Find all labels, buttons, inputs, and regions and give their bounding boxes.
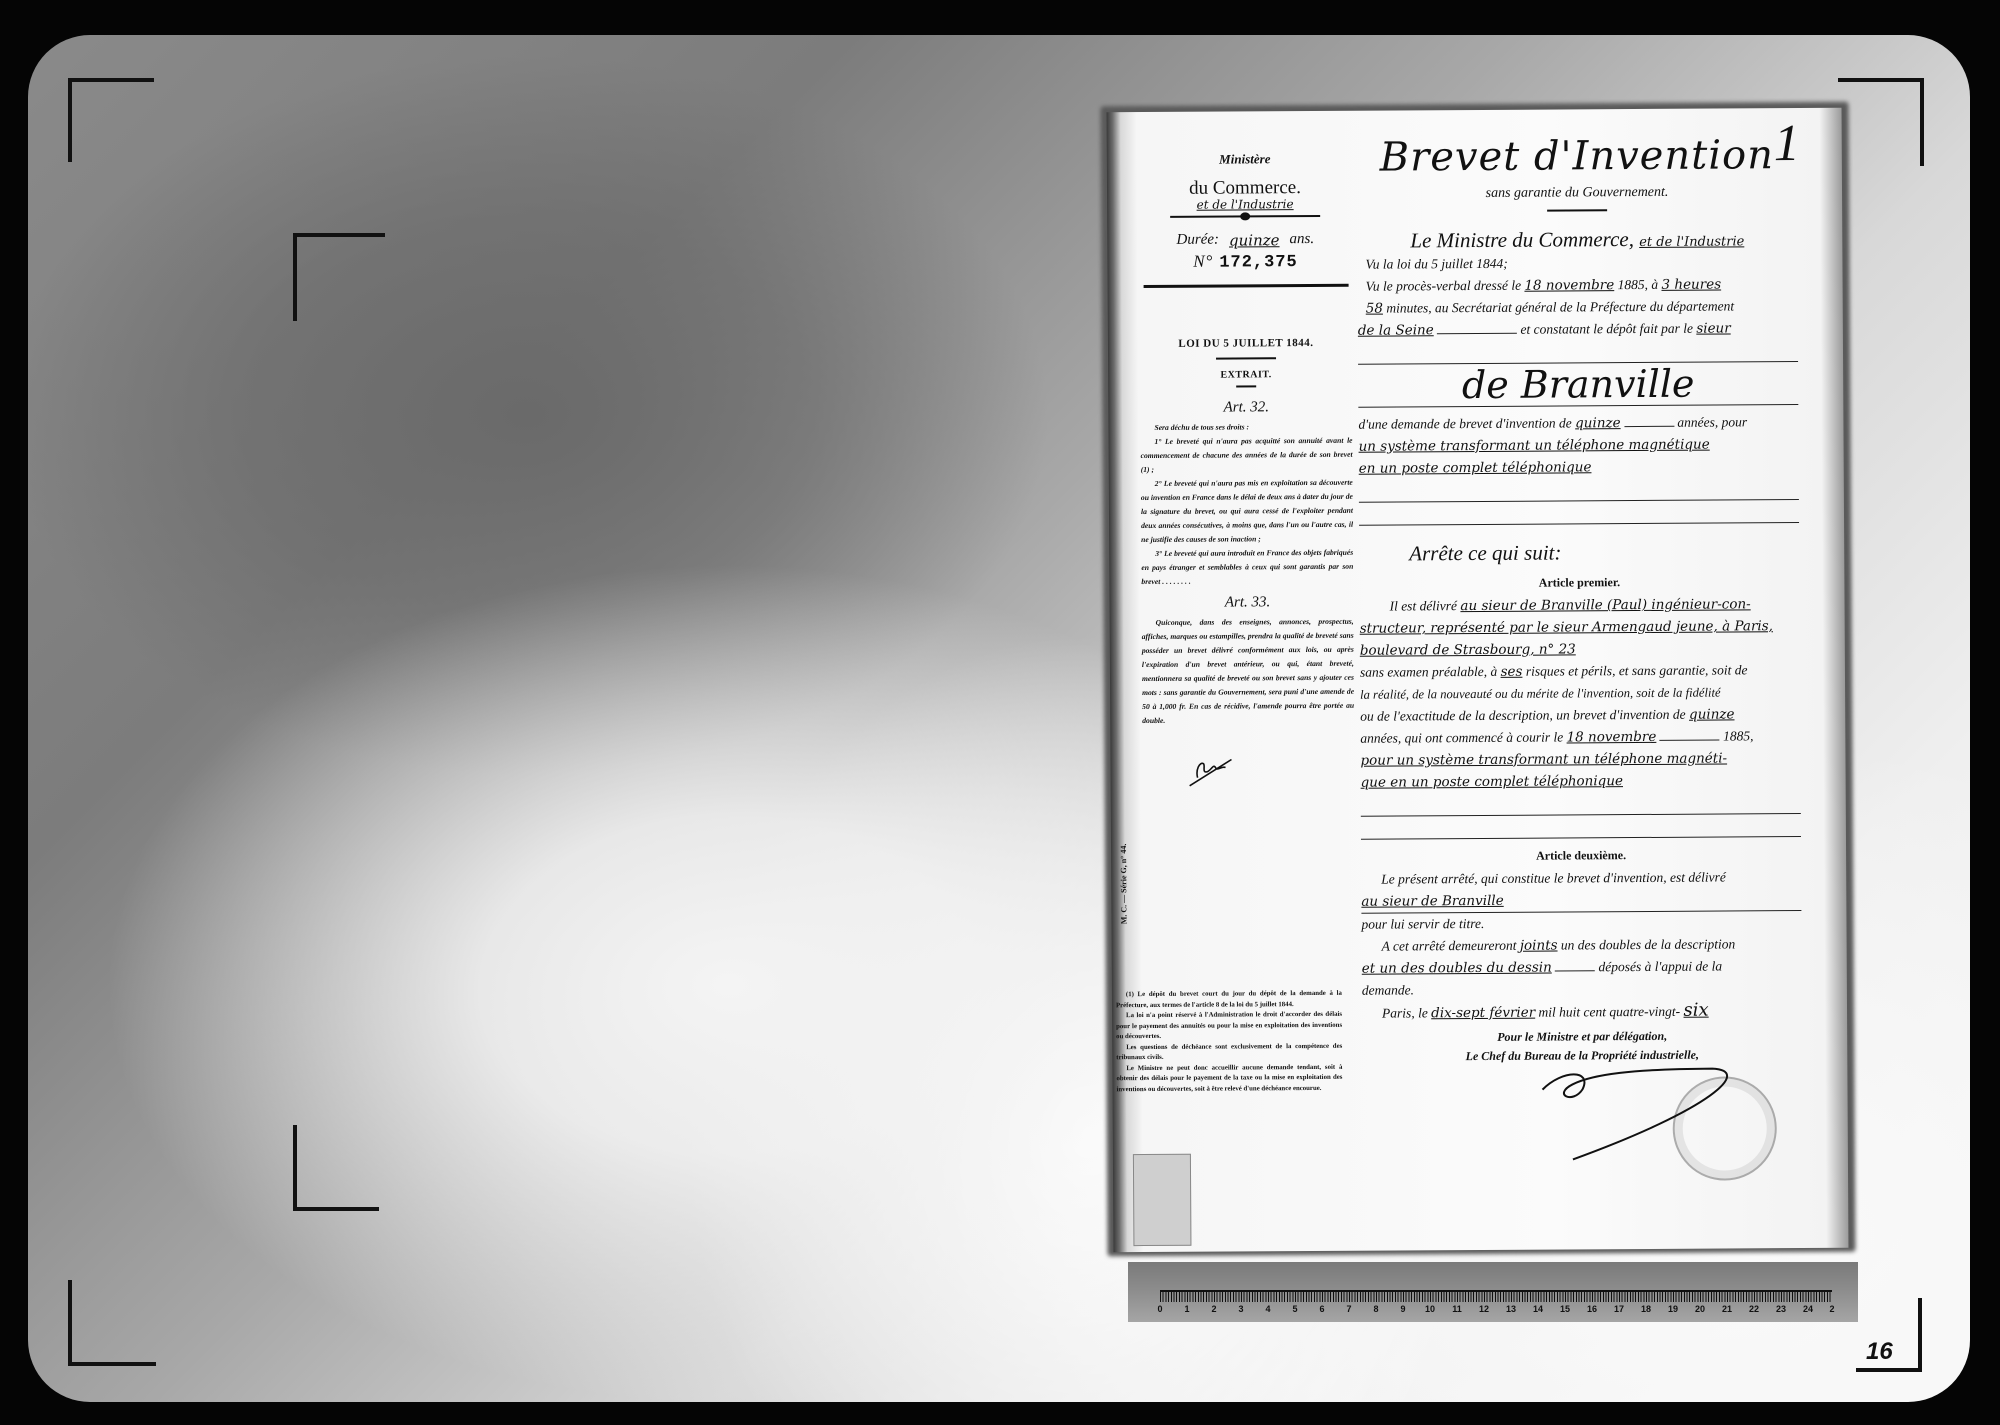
article-32-text: Sera déchu de tous ses droits : 1° Le br…	[1138, 420, 1355, 589]
divider	[1216, 357, 1276, 359]
attachment-drawing-line: et un des doubles du dessin déposés à l'…	[1362, 955, 1802, 980]
duration-row: Durée: quinze ans.	[1137, 231, 1353, 250]
form-serial: M. C. — Série G, n° 44.	[1119, 844, 1128, 925]
footnote: La loi n'a point réservé à l'Administrat…	[1116, 1010, 1342, 1043]
blank-line	[1359, 477, 1799, 503]
ruler-label: 16	[1587, 1304, 1597, 1314]
grantee-line-2: structeur, représenté par le sieur Armen…	[1360, 615, 1800, 640]
attach-suffix: un des doubles de la description	[1561, 936, 1735, 952]
law-paragraph: Quiconque, dans des enseignes, annonces,…	[1142, 615, 1355, 728]
registration-mark-top-right	[1838, 78, 1924, 166]
department: de la Seine	[1358, 322, 1434, 338]
document-subtitle: sans garantie du Gouvernement.	[1357, 184, 1797, 203]
pv-year: 1885,	[1618, 277, 1648, 292]
ruler-label: 19	[1668, 1304, 1678, 1314]
attachment-line: A cet arrêté demeureront joints un des d…	[1362, 933, 1802, 958]
pv-line: Vu le procès-verbal dressé le 18 novembr…	[1358, 273, 1798, 298]
patent-number-row: N°172,375	[1137, 251, 1353, 273]
ornamental-rule	[1547, 209, 1607, 211]
minister-line: Le Ministre du Commerce, et de l'Industr…	[1357, 226, 1797, 254]
request-prefix: d'une demande de brevet d'invention de	[1358, 415, 1571, 431]
date-year-text: mil huit cent quatre-vingt-	[1538, 1004, 1680, 1020]
duration-value: quinze	[1229, 231, 1280, 249]
ruler-label: 24	[1803, 1304, 1813, 1314]
exactitude-line: ou de l'exactitude de la description, un…	[1360, 703, 1800, 728]
frame-number: 16	[1866, 1338, 1893, 1366]
deposit-line: de la Seine et constatant le dépôt fait …	[1358, 317, 1798, 342]
risk-owner: ses	[1501, 664, 1523, 680]
ruler-label: 8	[1373, 1304, 1378, 1314]
decree-heading: Arrête ce qui suit:	[1359, 539, 1799, 567]
pv-date: 18 novembre	[1524, 277, 1614, 294]
pv-minutes-suffix: minutes, au Secrétariat général de la Pr…	[1386, 298, 1734, 315]
start-date: 18 novembre	[1567, 729, 1657, 746]
start-date-line: années, qui ont commencé à courir le 18 …	[1360, 725, 1800, 750]
request-line: d'une demande de brevet d'invention de q…	[1358, 411, 1798, 436]
delivered-prefix: Il est délivré	[1390, 598, 1458, 613]
risk-prefix: sans examen préalable, à	[1360, 664, 1497, 680]
date-day-month: dix-sept février	[1431, 1005, 1535, 1022]
article-32-heading: Art. 32.	[1138, 399, 1354, 417]
number-label: N°	[1193, 252, 1213, 271]
deposit-by: sieur	[1696, 320, 1730, 336]
pv-minutes: 58	[1366, 301, 1383, 317]
ruler-label: 10	[1425, 1304, 1435, 1314]
article-2-grantee: au sieur de Branville	[1361, 888, 1801, 914]
attach-end: déposés à l'appui de la	[1598, 959, 1722, 975]
signature-icon	[1512, 1048, 1753, 1169]
blank-line	[1358, 339, 1798, 365]
blank-line	[1361, 814, 1801, 840]
blank-fill	[1624, 426, 1674, 427]
article-1-heading: Article premier.	[1359, 574, 1799, 592]
paraph-initials-icon	[1185, 751, 1235, 789]
ruler-label: 0	[1157, 1304, 1162, 1314]
grantee-line-1: Il est délivré au sieur de Branville (Pa…	[1359, 593, 1799, 618]
law-reference: Vu la loi du 5 juillet 1844;	[1357, 251, 1797, 276]
signature-delegation: Pour le Ministre et par délégation,	[1362, 1028, 1802, 1046]
ruler-label: 2	[1211, 1304, 1216, 1314]
pv-minutes-line: 58 minutes, au Secrétariat général de la…	[1358, 295, 1798, 320]
request-suffix: années, pour	[1677, 414, 1747, 429]
date-place: Paris, le	[1382, 1005, 1428, 1020]
document-title: Brevet d'Invention	[1357, 132, 1797, 181]
left-column: Ministère du Commerce. et de l'Industrie…	[1137, 151, 1357, 728]
realite-line: la réalité, de la nouveauté ou du mérite…	[1360, 681, 1800, 706]
ruler-ticks	[1160, 1290, 1832, 1302]
blank-line	[1359, 500, 1799, 526]
ruler-label: 1	[1184, 1304, 1189, 1314]
ruler-label: 6	[1319, 1304, 1324, 1314]
minister-addition: et de l'Industrie	[1639, 234, 1744, 250]
attach-prefix: A cet arrêté demeureront	[1382, 938, 1517, 954]
ruler-label: 15	[1560, 1304, 1570, 1314]
duration-label: Durée:	[1176, 232, 1219, 250]
extract-label: EXTRAIT.	[1138, 369, 1354, 381]
invention-title-line-2: en un poste complet téléphonique	[1359, 455, 1799, 480]
ruler-label: 14	[1533, 1304, 1543, 1314]
pv-time-prefix: à	[1651, 277, 1658, 292]
blank-line	[1361, 791, 1801, 817]
ruler-label: 2	[1829, 1304, 1834, 1314]
ruler-label: 20	[1695, 1304, 1705, 1314]
blank-fill	[1437, 333, 1517, 334]
date-year-suffix: six	[1683, 1000, 1708, 1021]
law-paragraph: 1° Le breveté qui n'aura pas acquitté so…	[1140, 434, 1352, 477]
exactitude-text: ou de l'exactitude de la description, un…	[1360, 707, 1686, 724]
grant-duration: quinze	[1689, 706, 1735, 722]
minister-title: Le Ministre du Commerce,	[1410, 227, 1634, 252]
article-33-text: Quiconque, dans des enseignes, annonces,…	[1140, 615, 1357, 728]
ruler-label: 12	[1479, 1304, 1489, 1314]
law-paragraph: 2° Le breveté qui n'aura pas mis en expl…	[1141, 476, 1353, 547]
registration-mark-top-left	[68, 78, 154, 162]
deposit-text: et constatant le dépôt fait par le	[1520, 321, 1693, 337]
invention-title-line-1: un système transformant un téléphone mag…	[1359, 433, 1799, 458]
article-33-heading: Art. 33.	[1139, 594, 1355, 612]
registration-mark-inner-bottom	[293, 1125, 379, 1211]
ornamental-rule	[1170, 215, 1320, 218]
law-title: LOI DU 5 JUILLET 1844.	[1138, 337, 1354, 350]
blank-fill	[1660, 740, 1720, 741]
grantee-name: au sieur de Branville (Paul) ingénieur-c…	[1460, 596, 1750, 614]
footnote: Le Ministre ne peut donc accueillir aucu…	[1116, 1062, 1342, 1095]
grantee-address: boulevard de Strasbourg, n° 23	[1360, 637, 1800, 662]
ruler-label: 23	[1776, 1304, 1786, 1314]
section-rule	[1143, 284, 1348, 288]
ministry-addition: et de l'Industrie	[1137, 197, 1353, 212]
pv-prefix: Vu le procès-verbal dressé le	[1366, 278, 1522, 294]
ruler-label: 9	[1400, 1304, 1405, 1314]
attachment-last: demande.	[1362, 977, 1802, 1002]
request-duration: quinze	[1575, 415, 1621, 431]
ruler-label: 11	[1452, 1304, 1462, 1314]
ruler-label: 21	[1722, 1304, 1732, 1314]
duration-unit: ans.	[1289, 231, 1314, 249]
attach-verb: joints	[1520, 938, 1558, 954]
ruler-label: 3	[1238, 1304, 1243, 1314]
patent-number: 172,375	[1219, 253, 1298, 272]
right-column: Brevet d'Invention sans garantie du Gouv…	[1357, 128, 1803, 1065]
applicant-name: de Branville	[1358, 362, 1798, 408]
ministry-label: Ministère	[1137, 151, 1353, 168]
blank-fill	[1555, 970, 1595, 971]
divider	[1236, 385, 1256, 387]
page-tab	[1133, 1154, 1192, 1246]
pv-hours: 3 heures	[1661, 277, 1721, 293]
article-2-line-2: pour lui servir de titre.	[1361, 911, 1801, 936]
law-paragraph: Sera déchu de tous ses droits :	[1140, 420, 1352, 435]
risk-suffix: risques et périls, et sans garantie, soi…	[1526, 662, 1748, 678]
ruler-label: 22	[1749, 1304, 1759, 1314]
start-year: 1885,	[1723, 728, 1753, 743]
date-line: Paris, le dix-sept février mil huit cent…	[1362, 999, 1802, 1025]
registration-mark-bottom-left	[68, 1280, 156, 1366]
ruler-label: 17	[1614, 1304, 1624, 1314]
measurement-ruler: 0 1 2 3 4 5 6 7 8 9 10 11 12 13 14 15 16…	[1160, 1290, 1832, 1316]
ruler-label: 18	[1641, 1304, 1651, 1314]
grant-invention-line-1: pour un système transformant un téléphon…	[1360, 747, 1800, 772]
footnote: (1) Le dépôt du brevet court du jour du …	[1116, 989, 1342, 1011]
ruler-label: 7	[1346, 1304, 1351, 1314]
grant-invention-line-2: que en un poste complet téléphonique	[1361, 769, 1801, 794]
article-2-heading: Article deuxième.	[1361, 847, 1801, 865]
attach-drawing: et un des doubles du dessin	[1362, 960, 1552, 977]
footnote: Les questions de déchéance sont exclusiv…	[1116, 1041, 1342, 1063]
patent-document: 1 Ministère du Commerce. et de l'Industr…	[1107, 108, 1849, 1252]
ruler-label: 4	[1265, 1304, 1270, 1314]
risk-line: sans examen préalable, à ses risques et …	[1360, 659, 1800, 684]
law-paragraph: 3° Le breveté qui aura introduit en Fran…	[1141, 546, 1353, 589]
start-prefix: années, qui ont commencé à courir le	[1360, 729, 1563, 745]
ruler-label: 5	[1292, 1304, 1297, 1314]
ruler-label: 13	[1506, 1304, 1516, 1314]
ruler-labels: 0 1 2 3 4 5 6 7 8 9 10 11 12 13 14 15 16…	[1160, 1304, 1860, 1316]
registration-mark-inner-top	[293, 233, 385, 321]
footnotes: (1) Le dépôt du brevet court du jour du …	[1116, 989, 1343, 1095]
article-2-line-1: Le présent arrêté, qui constitue le brev…	[1361, 866, 1801, 891]
